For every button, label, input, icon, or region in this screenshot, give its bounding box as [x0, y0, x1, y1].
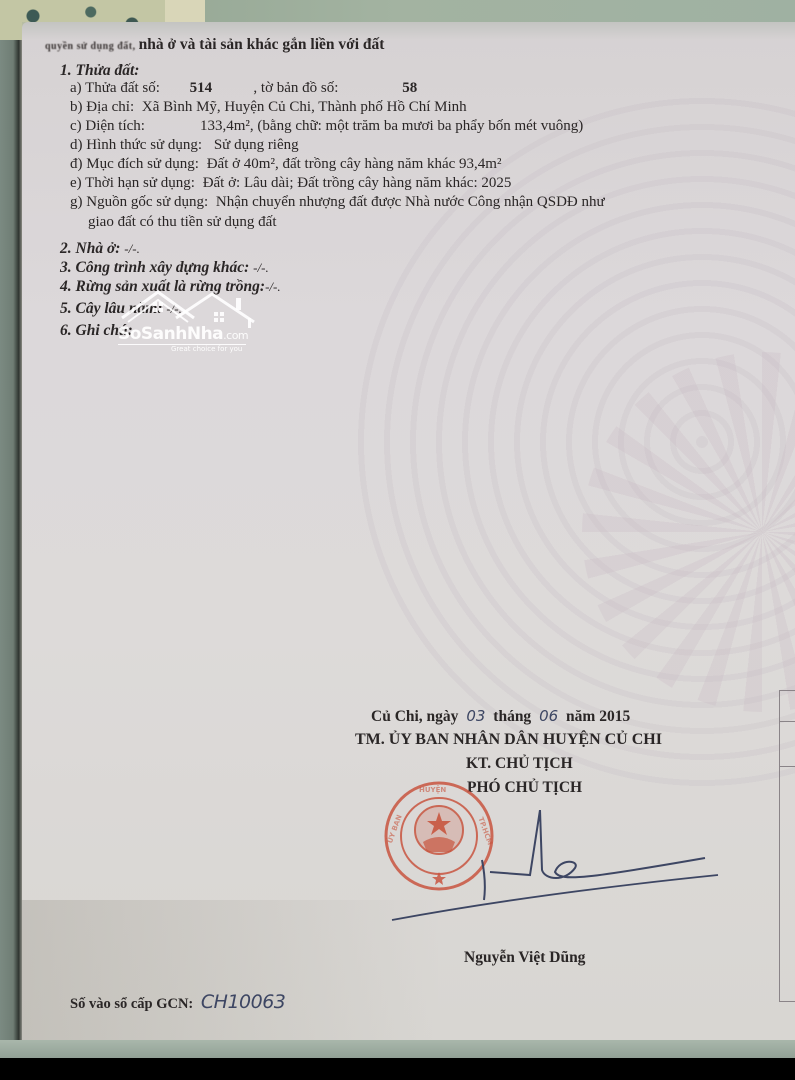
letterbox-bar [0, 1058, 795, 1080]
usage-term-value: Đất ở: Lâu dài; Đất trồng cây hàng năm k… [203, 175, 512, 191]
usage-purpose-row: đ) Mục đích sử dụng: Đất ở 40m², đất trồ… [70, 156, 501, 173]
usage-form-label: d) Hình thức sử dụng: [70, 137, 202, 153]
header-title: nhà ở và tài sản khác gắn liền với đất [139, 36, 385, 53]
section-6-title: 6. Ghi chú: [60, 322, 133, 339]
handwritten-signature [360, 810, 720, 930]
background-left-edge [0, 40, 22, 1050]
date-year: năm 2015 [566, 708, 630, 725]
registry-label: Số vào sổ cấp GCN: [70, 996, 193, 1012]
area-label: c) Diện tích: [70, 118, 200, 135]
section-6: 6. Ghi chú: [60, 322, 133, 340]
section-3-title: 3. Công trình xây dựng khác: [60, 259, 249, 276]
certificate-header: quyền sử dụng đất,nhà ở và tài sản khác … [45, 36, 384, 54]
section-3: 3. Công trình xây dựng khác: -/-. [60, 259, 269, 277]
area-value: 133,4m², (bằng chữ: một trăm ba mươi ba … [200, 118, 583, 134]
map-sheet-label: , tờ bản đồ số: [253, 80, 338, 96]
origin-value-line2: giao đất có thu tiền sử dụng đất [88, 214, 277, 231]
section-2: 2. Nhà ở: -/-. [60, 240, 140, 258]
section-2-value: -/-. [124, 241, 140, 256]
issuing-authority: TM. ỦY BAN NHÂN DÂN HUYỆN CỦ CHI [355, 731, 662, 749]
section-3-value: -/-. [253, 260, 269, 275]
origin-label: g) Nguồn gốc sử dụng: [70, 194, 208, 210]
svg-text:HUYỆN: HUYỆN [419, 785, 446, 794]
map-sheet-number: 58 [402, 80, 417, 97]
usage-form-row: d) Hình thức sử dụng: Sử dụng riêng [70, 137, 299, 154]
address-label: b) Địa chỉ: [70, 99, 134, 115]
origin-row: g) Nguồn gốc sử dụng: Nhận chuyển nhượng… [70, 194, 605, 211]
registry-number: CH10063 [201, 991, 286, 1013]
usage-term-row: e) Thời hạn sử dụng: Đất ở: Lâu dài; Đất… [70, 175, 511, 192]
area-row: c) Diện tích:133,4m², (bằng chữ: một tră… [70, 118, 583, 135]
on-behalf-title: KT. CHỦ TỊCH [466, 755, 573, 773]
registry-row: Số vào sổ cấp GCN: CH10063 [70, 991, 285, 1013]
parcel-label: a) Thửa đất số: [70, 80, 160, 96]
section-5-value: -/-. [166, 301, 182, 316]
signing-date: Củ Chi, ngày 03 tháng 06 năm 2015 [371, 707, 630, 726]
parcel-number: 514 [190, 80, 250, 97]
signer-name: Nguyễn Việt Dũng [464, 949, 585, 967]
section-4-title: 4. Rừng sản xuất là rừng trồng: [60, 278, 265, 295]
address-value: Xã Bình Mỹ, Huyện Củ Chi, Thành phố Hồ C… [142, 99, 467, 115]
date-day: 03 [466, 707, 485, 725]
usage-term-label: e) Thời hạn sử dụng: [70, 175, 195, 191]
section-4: 4. Rừng sản xuất là rừng trồng:-/-. [60, 278, 281, 296]
side-border-box [779, 690, 795, 1002]
address-row: b) Địa chỉ: Xã Bình Mỹ, Huyện Củ Chi, Th… [70, 99, 467, 116]
date-month-label: tháng [493, 708, 531, 725]
section-1-title: 1. Thửa đất: [60, 62, 139, 80]
section-5-title: 5. Cây lâu năm: [60, 300, 162, 317]
date-month: 06 [539, 707, 558, 725]
header-prefix: quyền sử dụng đất, [45, 41, 136, 52]
background-bottom [0, 1040, 795, 1060]
section-5: 5. Cây lâu năm: -/-. [60, 300, 182, 318]
section-2-title: 2. Nhà ở: [60, 240, 120, 257]
origin-value-line1: Nhận chuyển nhượng đất được Nhà nước Côn… [216, 194, 605, 210]
usage-form-value: Sử dụng riêng [214, 137, 299, 153]
usage-purpose-value: Đất ở 40m², đất trồng cây hàng năm khác … [207, 156, 502, 172]
usage-purpose-label: đ) Mục đích sử dụng: [70, 156, 199, 172]
section-4-value: -/-. [265, 279, 281, 294]
parcel-row: a) Thửa đất số: 514 , tờ bản đồ số: 58 [70, 80, 417, 97]
date-place: Củ Chi, ngày [371, 708, 458, 725]
